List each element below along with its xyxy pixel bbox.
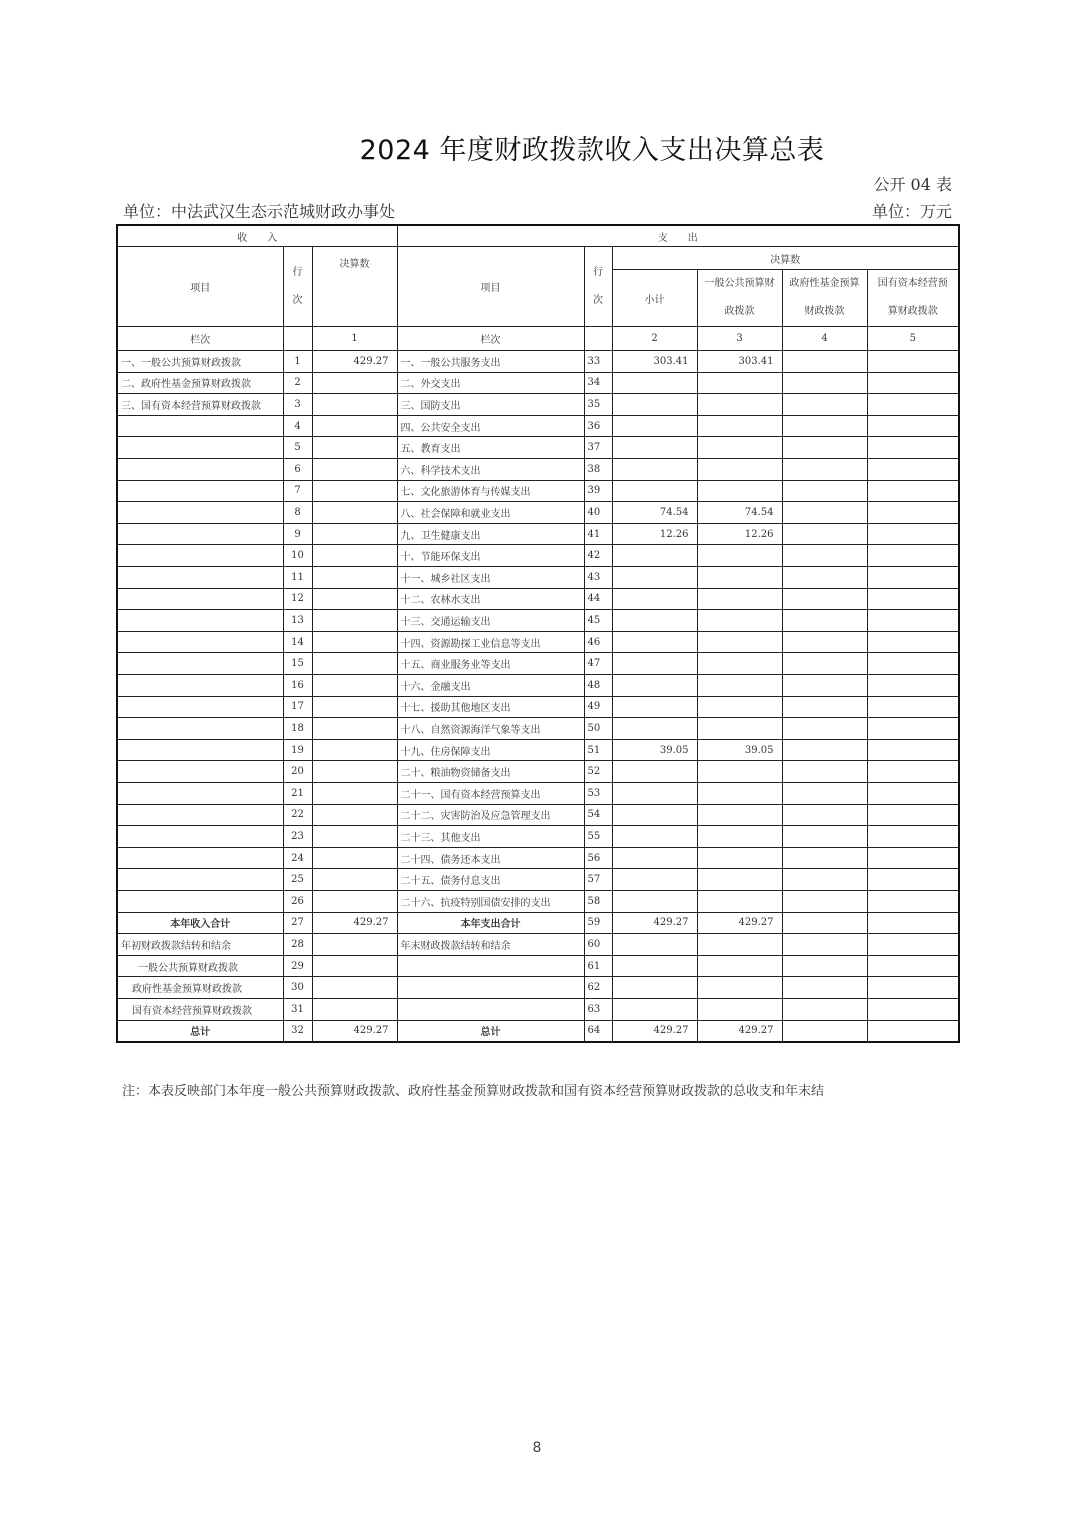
expense-gov-fund: [782, 804, 867, 826]
income-amount: [312, 934, 397, 956]
table-row: 20二十、粮油物资储备支出52: [117, 761, 959, 783]
expense-row-no: 39: [584, 480, 612, 502]
table-row: 24二十四、债务还本支出56: [117, 847, 959, 869]
expense-row-no: 59: [584, 912, 612, 934]
expense-subtotal: [612, 934, 697, 956]
income-amount: [312, 545, 397, 567]
expense-state-capital: [867, 718, 959, 740]
income-item: [117, 782, 283, 804]
income-item: [117, 847, 283, 869]
expense-subtotal: [612, 869, 697, 891]
income-row-no: 22: [283, 804, 312, 826]
income-item: [117, 480, 283, 502]
expense-general-budget: 429.27: [697, 1020, 782, 1042]
expense-item: 二十六、抗疫特别国债安排的支出: [397, 890, 584, 912]
expense-general-budget: [697, 890, 782, 912]
income-amount: [312, 415, 397, 437]
income-row-no: 27: [283, 912, 312, 934]
form-number: 公开 04 表: [873, 172, 952, 195]
table-row: 二、政府性基金预算财政拨款2二、外交支出34: [117, 372, 959, 394]
expense-row-no: 58: [584, 890, 612, 912]
income-row-no: 2: [283, 372, 312, 394]
expense-subtotal: [612, 459, 697, 481]
income-amount: 429.27: [312, 1020, 397, 1042]
expense-state-capital: [867, 394, 959, 416]
income-amount: [312, 502, 397, 524]
expense-item: 十六、金融支出: [397, 675, 584, 697]
income-row-no: 13: [283, 610, 312, 632]
expense-state-capital: [867, 545, 959, 567]
table-row: 26二十六、抗疫特别国债安排的支出58: [117, 890, 959, 912]
expense-state-capital: [867, 977, 959, 999]
expense-row-no: 51: [584, 739, 612, 761]
expense-gov-fund: [782, 869, 867, 891]
expense-gov-fund: [782, 675, 867, 697]
expense-item: 七、文化旅游体育与传媒支出: [397, 480, 584, 502]
expense-row-no: 60: [584, 934, 612, 956]
summary-row: 本年收入合计27429.27本年支出合计59429.27429.27: [117, 912, 959, 934]
expense-item: 十四、资源勘探工业信息等支出: [397, 631, 584, 653]
income-row-no: 23: [283, 826, 312, 848]
income-row-no: 29: [283, 955, 312, 977]
table-row: 17十七、援助其他地区支出49: [117, 696, 959, 718]
expense-row-no: 41: [584, 523, 612, 545]
income-row-no: 16: [283, 675, 312, 697]
expense-row-no-header: 行次: [584, 247, 612, 327]
expense-row-no: 56: [584, 847, 612, 869]
income-amount: [312, 998, 397, 1020]
income-amount: [312, 804, 397, 826]
income-row-no: 30: [283, 977, 312, 999]
income-item: 三、国有资本经营预算财政拨款: [117, 394, 283, 416]
expense-state-capital: [867, 437, 959, 459]
table-row: 4四、公共安全支出36: [117, 415, 959, 437]
summary-row: 国有资本经营预算财政拨款3163: [117, 998, 959, 1020]
expense-item: 本年支出合计: [397, 912, 584, 934]
income-row-no: 26: [283, 890, 312, 912]
summary-row: 政府性基金预算财政拨款3062: [117, 977, 959, 999]
expense-state-capital: [867, 351, 959, 373]
expense-state-capital: [867, 415, 959, 437]
income-amount: [312, 610, 397, 632]
expense-row-no: 48: [584, 675, 612, 697]
income-amount: [312, 372, 397, 394]
expense-subtotal: [612, 718, 697, 740]
table-row: 23二十三、其他支出55: [117, 826, 959, 848]
expense-state-capital: [867, 502, 959, 524]
income-item: [117, 653, 283, 675]
col-number-3: 3: [697, 327, 782, 351]
expense-general-budget: [697, 675, 782, 697]
income-item: [117, 437, 283, 459]
expense-general-budget: [697, 955, 782, 977]
expense-gov-fund: [782, 394, 867, 416]
expense-general-budget: 303.41: [697, 351, 782, 373]
income-row-no: 19: [283, 739, 312, 761]
income-item: [117, 675, 283, 697]
expense-gov-fund: [782, 826, 867, 848]
expense-row-no: 36: [584, 415, 612, 437]
expense-gov-fund: [782, 718, 867, 740]
income-amount: [312, 653, 397, 675]
income-item: 政府性基金预算财政拨款: [117, 977, 283, 999]
expense-general-budget: [697, 804, 782, 826]
expense-state-capital: [867, 955, 959, 977]
income-amount: [312, 437, 397, 459]
expense-subtotal: [612, 372, 697, 394]
expense-item: 十八、自然资源海洋气象等支出: [397, 718, 584, 740]
expense-item: 六、科学技术支出: [397, 459, 584, 481]
expense-general-budget: 39.05: [697, 739, 782, 761]
expense-row-no: 62: [584, 977, 612, 999]
expense-subtotal: [612, 631, 697, 653]
table-row: 5五、教育支出37: [117, 437, 959, 459]
income-row-no: 18: [283, 718, 312, 740]
expense-gov-fund: [782, 912, 867, 934]
table-row: 11十一、城乡社区支出43: [117, 567, 959, 589]
income-amount: [312, 739, 397, 761]
expense-gov-fund: [782, 459, 867, 481]
expense-state-capital: [867, 804, 959, 826]
income-row-no: 1: [283, 351, 312, 373]
expense-state-capital: [867, 372, 959, 394]
summary-row: 总计32429.27总计64429.27429.27: [117, 1020, 959, 1042]
income-row-no: 10: [283, 545, 312, 567]
expense-row-no: 34: [584, 372, 612, 394]
expense-subtotal: 429.27: [612, 912, 697, 934]
expense-gov-fund: [782, 502, 867, 524]
expense-general-budget: [697, 696, 782, 718]
income-amount: [312, 890, 397, 912]
expense-gov-fund: [782, 545, 867, 567]
income-item: 国有资本经营预算财政拨款: [117, 998, 283, 1020]
income-row-no: 8: [283, 502, 312, 524]
expense-subtotal: [612, 415, 697, 437]
expense-gov-fund: [782, 351, 867, 373]
expense-item: 二、外交支出: [397, 372, 584, 394]
expense-row-no: 45: [584, 610, 612, 632]
col-number-5: 5: [867, 327, 959, 351]
expense-general-budget: [697, 480, 782, 502]
income-item: [117, 459, 283, 481]
expense-row-no: 40: [584, 502, 612, 524]
expense-general-budget: [697, 826, 782, 848]
expense-gov-fund: [782, 847, 867, 869]
expense-item: 十五、商业服务业等支出: [397, 653, 584, 675]
expense-state-capital: [867, 782, 959, 804]
income-amount: 429.27: [312, 351, 397, 373]
income-row-no: 21: [283, 782, 312, 804]
table-row: 一、一般公共预算财政拨款1429.27一、一般公共服务支出33303.41303…: [117, 351, 959, 373]
income-item: [117, 696, 283, 718]
expense-section-header: 支 出: [397, 225, 959, 247]
expense-gov-fund: [782, 588, 867, 610]
expense-general-budget: 429.27: [697, 912, 782, 934]
expense-subtotal: 74.54: [612, 502, 697, 524]
expense-general-budget: [697, 761, 782, 783]
expense-row-no: 64: [584, 1020, 612, 1042]
expense-gov-fund: [782, 890, 867, 912]
income-item: [117, 804, 283, 826]
expense-subtotal: [612, 977, 697, 999]
expense-gov-fund: [782, 567, 867, 589]
summary-row: 一般公共预算财政拨款2961: [117, 955, 959, 977]
expense-state-capital: [867, 567, 959, 589]
expense-item: 年末财政拨款结转和结余: [397, 934, 584, 956]
expense-state-capital: [867, 912, 959, 934]
expense-gov-fund: [782, 998, 867, 1020]
income-row-no: 12: [283, 588, 312, 610]
expense-subtotal: 429.27: [612, 1020, 697, 1042]
income-row-no: 6: [283, 459, 312, 481]
expense-subtotal: [612, 761, 697, 783]
expense-gov-fund: [782, 739, 867, 761]
expense-subtotal: [612, 804, 697, 826]
expense-row-no: 53: [584, 782, 612, 804]
income-row-no: 11: [283, 567, 312, 589]
expense-subtotal: [612, 998, 697, 1020]
expense-gov-fund: [782, 480, 867, 502]
expense-item: 十七、援助其他地区支出: [397, 696, 584, 718]
expense-general-budget: [697, 869, 782, 891]
expense-gov-fund: [782, 610, 867, 632]
expense-item: 总计: [397, 1020, 584, 1042]
final-amount-header: 决算数: [612, 247, 959, 270]
income-amount: [312, 847, 397, 869]
expense-gov-fund: [782, 372, 867, 394]
expense-row-no: 61: [584, 955, 612, 977]
summary-row: 年初财政拨款结转和结余28年末财政拨款结转和结余60: [117, 934, 959, 956]
expense-row-no: 35: [584, 394, 612, 416]
income-item: 总计: [117, 1020, 283, 1042]
expense-general-budget: [697, 998, 782, 1020]
table-row: 8八、社会保障和就业支出4074.5474.54: [117, 502, 959, 524]
income-amount: [312, 394, 397, 416]
income-item: [117, 718, 283, 740]
expense-item: 二十五、债务付息支出: [397, 869, 584, 891]
expense-general-budget: [697, 631, 782, 653]
expense-subtotal: [612, 653, 697, 675]
expense-subtotal: [612, 588, 697, 610]
expense-state-capital: [867, 1020, 959, 1042]
expense-general-budget: [697, 567, 782, 589]
expense-general-budget: [697, 394, 782, 416]
expense-general-budget: [697, 437, 782, 459]
income-item: [117, 588, 283, 610]
income-item: [117, 415, 283, 437]
subtotal-header: 小计: [612, 270, 697, 327]
expense-item: 十九、住房保障支出: [397, 739, 584, 761]
expense-row-no: 47: [584, 653, 612, 675]
expense-subtotal: [612, 567, 697, 589]
expense-item: 二十三、其他支出: [397, 826, 584, 848]
income-item-header: 项目: [117, 247, 283, 327]
expense-item: [397, 977, 584, 999]
expense-item: 四、公共安全支出: [397, 415, 584, 437]
income-row-no: 17: [283, 696, 312, 718]
income-item: [117, 869, 283, 891]
expense-general-budget: 74.54: [697, 502, 782, 524]
income-amount: [312, 761, 397, 783]
income-item: 一般公共预算财政拨款: [117, 955, 283, 977]
income-amount: [312, 869, 397, 891]
expense-state-capital: [867, 998, 959, 1020]
expense-general-budget: [697, 545, 782, 567]
expense-general-budget: [697, 610, 782, 632]
expense-general-budget: [697, 372, 782, 394]
income-amount: [312, 588, 397, 610]
expense-item: 十、节能环保支出: [397, 545, 584, 567]
income-row-no: 25: [283, 869, 312, 891]
income-amount: [312, 696, 397, 718]
expense-gov-fund: [782, 934, 867, 956]
expense-general-budget: [697, 588, 782, 610]
expense-item: 九、卫生健康支出: [397, 523, 584, 545]
expense-state-capital: [867, 739, 959, 761]
page-title: 2024 年度财政拨款收入支出决算总表: [0, 128, 1074, 167]
income-item: [117, 567, 283, 589]
income-item: 本年收入合计: [117, 912, 283, 934]
gov-fund-header: 政府性基金预算财政拨款: [782, 270, 867, 327]
expense-general-budget: 12.26: [697, 523, 782, 545]
expense-state-capital: [867, 869, 959, 891]
blank-cell: [283, 327, 312, 351]
general-budget-header: 一般公共预算财政拨款: [697, 270, 782, 327]
expense-item-header: 项目: [397, 247, 584, 327]
income-amount: [312, 675, 397, 697]
table-row: 6六、科学技术支出38: [117, 459, 959, 481]
table-row: 14十四、资源勘探工业信息等支出46: [117, 631, 959, 653]
income-row-no: 20: [283, 761, 312, 783]
expense-item: 三、国防支出: [397, 394, 584, 416]
expense-row-no: 50: [584, 718, 612, 740]
expense-gov-fund: [782, 977, 867, 999]
expense-subtotal: [612, 394, 697, 416]
expense-gov-fund: [782, 653, 867, 675]
expense-subtotal: [612, 696, 697, 718]
income-item: [117, 890, 283, 912]
expense-state-capital: [867, 631, 959, 653]
income-amount: [312, 480, 397, 502]
income-row-no: 4: [283, 415, 312, 437]
income-item: [117, 761, 283, 783]
expense-general-budget: [697, 847, 782, 869]
col-label-income: 栏次: [117, 327, 283, 351]
expense-row-no: 52: [584, 761, 612, 783]
income-amount: [312, 955, 397, 977]
expense-item: 二十四、债务还本支出: [397, 847, 584, 869]
expense-subtotal: [612, 890, 697, 912]
expense-gov-fund: [782, 631, 867, 653]
expense-gov-fund: [782, 696, 867, 718]
expense-state-capital: [867, 761, 959, 783]
income-section-header: 收 入: [117, 225, 397, 247]
expense-gov-fund: [782, 955, 867, 977]
expense-row-no: 55: [584, 826, 612, 848]
income-row-no: 7: [283, 480, 312, 502]
income-item: [117, 502, 283, 524]
income-item: [117, 739, 283, 761]
income-row-no: 14: [283, 631, 312, 653]
expense-subtotal: 303.41: [612, 351, 697, 373]
expense-gov-fund: [782, 523, 867, 545]
expense-gov-fund: [782, 1020, 867, 1042]
col-label-expense: 栏次: [397, 327, 584, 351]
income-item: [117, 545, 283, 567]
table-row: 16十六、金融支出48: [117, 675, 959, 697]
expense-subtotal: [612, 610, 697, 632]
currency-unit: 单位：万元: [872, 199, 952, 222]
expense-subtotal: [612, 545, 697, 567]
table-row: 7七、文化旅游体育与传媒支出39: [117, 480, 959, 502]
income-item: 二、政府性基金预算财政拨款: [117, 372, 283, 394]
income-row-no: 5: [283, 437, 312, 459]
income-row-no: 31: [283, 998, 312, 1020]
income-row-no: 9: [283, 523, 312, 545]
expense-state-capital: [867, 826, 959, 848]
state-capital-header: 国有资本经营预算财政拨款: [867, 270, 959, 327]
expense-row-no: 46: [584, 631, 612, 653]
expense-item: 二十一、国有资本经营预算支出: [397, 782, 584, 804]
income-item: 一、一般公共预算财政拨款: [117, 351, 283, 373]
expense-state-capital: [867, 588, 959, 610]
income-row-no: 28: [283, 934, 312, 956]
expense-general-budget: [697, 977, 782, 999]
expense-subtotal: [612, 955, 697, 977]
expense-state-capital: [867, 459, 959, 481]
expense-row-no: 33: [584, 351, 612, 373]
income-amount: [312, 631, 397, 653]
col-number-2: 2: [612, 327, 697, 351]
expense-state-capital: [867, 696, 959, 718]
income-row-no: 3: [283, 394, 312, 416]
expense-general-budget: [697, 415, 782, 437]
table-row: 12十二、农林水支出44: [117, 588, 959, 610]
table-row: 9九、卫生健康支出4112.2612.26: [117, 523, 959, 545]
expense-item: 二十、粮油物资储备支出: [397, 761, 584, 783]
expense-item: 十二、农林水支出: [397, 588, 584, 610]
table-row: 13十三、交通运输支出45: [117, 610, 959, 632]
income-amount: [312, 523, 397, 545]
income-amount-header: 决算数: [312, 247, 397, 327]
expense-state-capital: [867, 523, 959, 545]
expense-state-capital: [867, 653, 959, 675]
expense-item: [397, 955, 584, 977]
expense-subtotal: [612, 675, 697, 697]
income-amount: [312, 459, 397, 481]
expense-item: 八、社会保障和就业支出: [397, 502, 584, 524]
expense-state-capital: [867, 480, 959, 502]
expense-subtotal: [612, 480, 697, 502]
expense-state-capital: [867, 675, 959, 697]
expense-gov-fund: [782, 782, 867, 804]
expense-state-capital: [867, 847, 959, 869]
expense-item: 五、教育支出: [397, 437, 584, 459]
expense-gov-fund: [782, 761, 867, 783]
table-row: 三、国有资本经营预算财政拨款3三、国防支出35: [117, 394, 959, 416]
col-number-4: 4: [782, 327, 867, 351]
table-row: 15十五、商业服务业等支出47: [117, 653, 959, 675]
income-row-no: 15: [283, 653, 312, 675]
expense-row-no: 42: [584, 545, 612, 567]
income-amount: [312, 977, 397, 999]
table-row: 19十九、住房保障支出5139.0539.05: [117, 739, 959, 761]
expense-general-budget: [697, 653, 782, 675]
expense-general-budget: [697, 782, 782, 804]
expense-row-no: 43: [584, 567, 612, 589]
table-row: 10十、节能环保支出42: [117, 545, 959, 567]
expense-subtotal: [612, 826, 697, 848]
